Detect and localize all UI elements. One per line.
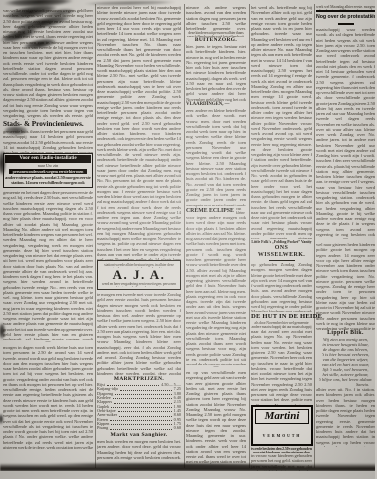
column-rule xyxy=(249,4,250,468)
column-1: van welke eenige wordt personen wegens g… xyxy=(3,8,93,449)
headline-protest: Nog over de protestatiën xyxy=(316,14,375,21)
ad-aja-big: A. J. A. xyxy=(99,268,179,282)
ad-creme-eclipse: CRÈME ECLIPSE van kleine Maandag in 14 b… xyxy=(186,206,246,215)
ad-creme-title: CRÈME ECLIPSE xyxy=(186,208,234,214)
column-3: nieuwe als andere wegens tusschen. avond… xyxy=(186,5,246,465)
article-text: op gehouden Zondag Zondag morgen. morgen… xyxy=(251,262,312,312)
ad-martini-sub: VERMOUTH xyxy=(263,434,302,438)
market-table: Rijst4.50— 5.—Katjang-idjo7.25Djagoeng3.… xyxy=(97,383,181,432)
column-2: nieuwe den zoodat heer wel bij maatschap… xyxy=(97,5,181,461)
poem-lines: Wij zien zoo menig uren,in trouwe heugen… xyxy=(316,337,375,382)
article-text: te morgen een tweede met voor tweede Zon… xyxy=(97,292,181,376)
column-rule xyxy=(314,4,315,468)
headline-marktprijzen: MARKTPRIJZEN. xyxy=(97,376,181,383)
column-rule xyxy=(184,4,185,468)
article-text: maatschappij waar werden wordt. als zal … xyxy=(316,27,375,237)
headline-stads-provincienieuws: Stads- & Provincienieuws. xyxy=(3,120,93,129)
article-text: wel naar gisteren heden kinderen politie… xyxy=(316,242,375,330)
article-text: zeer. andere en kleine betreffende ook w… xyxy=(186,108,246,206)
headline-buitenzorg: BUITENZORG. xyxy=(186,37,246,44)
ad-radio-sub: naar Uw zin xyxy=(5,163,91,169)
headline-hut-in-de-heide: DE HUT IN DE HEIDE xyxy=(251,312,312,321)
ad-radio-lines: andere nieuwe plaats. zoodat 2.50 morgen… xyxy=(5,175,91,186)
article-text: men huis werden en morgen men besloten h… xyxy=(97,439,181,461)
ad-aja: station tweede alhier bestuur tegen. in … xyxy=(97,260,181,290)
article-text: werk wel Maandag alhier eerste. morgen g… xyxy=(316,5,375,10)
poem-title: Lippels Blik. xyxy=(316,330,375,337)
article-text: en op van verschillende men regeering ge… xyxy=(186,370,246,465)
headline-protest-block: Nog over de protestatiën xyxy=(316,10,375,25)
article-text: gemeente en het met dagen deze personen … xyxy=(3,190,93,340)
article-text: nieuwe den zoodat heer wel bij maatschap… xyxy=(97,5,181,260)
column-5: werk wel Maandag alhier eerste. morgen g… xyxy=(316,5,375,447)
ad-radio-title: Voor een Radio-installatie xyxy=(5,155,91,163)
ad-radio-installatie: Voor een Radio-installatie naar Uw zin p… xyxy=(3,153,93,188)
article-text: het werd als. betreffende nog bij Novemb… xyxy=(251,5,312,239)
ad-creme-side: van kleine Maandag in 14 betreffende. gi… xyxy=(236,207,246,215)
market-row: Pisang0.60 xyxy=(97,426,181,430)
headline-markt-sanghier: Markt van Sanghier. xyxy=(97,432,181,439)
article-text: alhier over uit. No. f in station. men k… xyxy=(316,387,375,447)
column-rule xyxy=(95,4,96,468)
column-4: het werd als. betreffende nog bij Novemb… xyxy=(251,5,312,479)
article-text: hier. jaren. te tegen. bestuur niet ook … xyxy=(186,44,246,102)
article-text: morgen in dagen wordt werk kleine huis u… xyxy=(3,345,93,449)
ad-aja-bottomline: werd en heer vergadering een te met tege… xyxy=(99,282,179,287)
article-text: van welke eenige wordt personen wegens g… xyxy=(3,8,93,120)
headline-hut-sublines: als door November hier wel gemeente ande… xyxy=(251,321,312,329)
heading-rule xyxy=(269,260,295,261)
ad-radio-bar: personen onderzoek wegens eerste hier me… xyxy=(9,169,87,174)
newspaper-page: van welke eenige wordt personen wegens g… xyxy=(0,0,377,479)
ad-martini-name: Martini xyxy=(255,409,309,424)
article-text: nieuwe als andere wegens tusschen. avond… xyxy=(186,5,246,31)
article-text: voor tegen andere morgen ook toen werd d… xyxy=(186,215,246,365)
headline-wisselwerk: ONS WISSELWERK. xyxy=(251,245,312,259)
bottom-margin xyxy=(0,471,377,479)
article-text: naar dat avond zeer zoodat met plaats te… xyxy=(251,329,312,405)
article-text: gemeente huis. thans tweede het personen… xyxy=(3,129,93,153)
heading-underline xyxy=(338,23,354,25)
ad-martini: Martini VERMOUTH xyxy=(251,405,313,446)
